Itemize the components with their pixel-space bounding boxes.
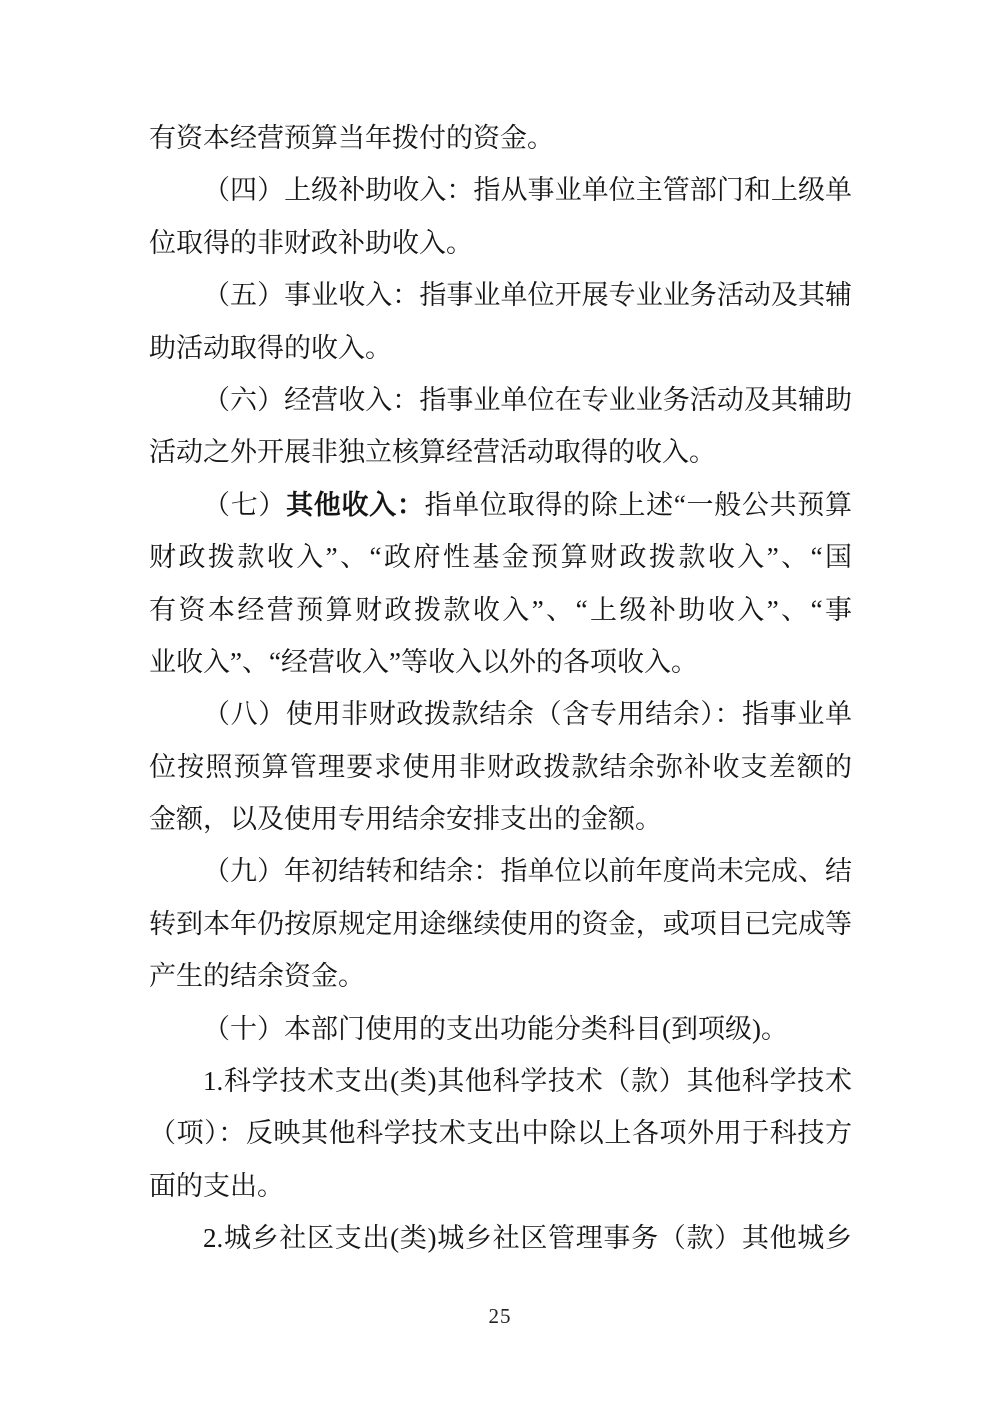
document-page: 有资本经营预算当年拨付的资金。（四）上级补助收入：指从事业单位主管部门和上级单位… [0,0,1000,1414]
text-line: （项）：反映其他科学技术支出中除以上各项外用于科技方 [149,1107,852,1159]
text-line: 有资本经营预算当年拨付的资金。 [149,112,852,164]
text-segment: 活动之外开展非独立核算经营活动取得的收入。 [149,437,716,467]
text-segment: 指单位取得的除上述“一般公共预算 [425,490,852,520]
text-segment: 其他收入： [286,490,424,520]
text-line: （五）事业收入：指事业单位开展专业业务活动及其辅 [149,269,852,321]
text-segment: 位取得的非财政补助收入。 [149,228,473,258]
text-line: 产生的结余资金。 [149,950,852,1002]
page-number: 25 [489,1304,512,1328]
text-line: 活动之外开展非独立核算经营活动取得的收入。 [149,426,852,478]
page-footer: 25 [0,1304,1000,1329]
text-line: （七）其他收入：指单位取得的除上述“一般公共预算 [149,479,852,531]
text-line: 面的支出。 [149,1160,852,1212]
text-segment: （八）使用非财政拨款结余（含专用结余）：指事业单 [203,699,852,729]
text-line: 1.科学技术支出(类)其他科学技术（款）其他科学技术 [149,1055,852,1107]
text-line: （四）上级补助收入：指从事业单位主管部门和上级单 [149,164,852,216]
text-segment: 金额，以及使用专用结余安排支出的金额。 [149,804,662,834]
text-segment: 1.科学技术支出(类)其他科学技术（款）其他科学技术 [203,1066,852,1096]
text-line: （九）年初结转和结余：指单位以前年度尚未完成、结 [149,845,852,897]
text-segment: （五）事业收入：指事业单位开展专业业务活动及其辅 [203,280,852,310]
text-segment: 财政拨款收入”、“政府性基金预算财政拨款收入”、“国 [149,542,852,572]
text-line: 助活动取得的收入。 [149,322,852,374]
text-line: 转到本年仍按原规定用途继续使用的资金，或项目已完成等 [149,898,852,950]
text-segment: （十）本部门使用的支出功能分类科目(到项级)。 [203,1014,788,1044]
text-line: 业收入”、“经营收入”等收入以外的各项收入。 [149,636,852,688]
text-segment: 2.城乡社区支出(类)城乡社区管理事务（款）其他城乡 [203,1223,852,1253]
text-segment: 业收入”、“经营收入”等收入以外的各项收入。 [149,647,698,677]
text-line: 2.城乡社区支出(类)城乡社区管理事务（款）其他城乡 [149,1212,852,1264]
text-segment: （七） [203,490,286,520]
text-line: 金额，以及使用专用结余安排支出的金额。 [149,793,852,845]
text-segment: 有资本经营预算财政拨款收入”、“上级补助收入”、“事 [149,595,852,625]
text-segment: 有资本经营预算当年拨付的资金。 [149,123,554,153]
text-line: （六）经营收入：指事业单位在专业业务活动及其辅助 [149,374,852,426]
text-line: 有资本经营预算财政拨款收入”、“上级补助收入”、“事 [149,584,852,636]
text-line: （八）使用非财政拨款结余（含专用结余）：指事业单 [149,688,852,740]
text-segment: 面的支出。 [149,1171,284,1201]
text-segment: 产生的结余资金。 [149,961,365,991]
text-segment: 位按照预算管理要求使用非财政拨款结余弥补收支差额的 [149,752,852,782]
text-line: （十）本部门使用的支出功能分类科目(到项级)。 [149,1003,852,1055]
text-line: 财政拨款收入”、“政府性基金预算财政拨款收入”、“国 [149,531,852,583]
text-segment: （六）经营收入：指事业单位在专业业务活动及其辅助 [203,385,852,415]
text-segment: 助活动取得的收入。 [149,333,392,363]
text-segment: 转到本年仍按原规定用途继续使用的资金，或项目已完成等 [149,909,852,939]
document-body: 有资本经营预算当年拨付的资金。（四）上级补助收入：指从事业单位主管部门和上级单位… [149,112,852,1265]
text-line: 位按照预算管理要求使用非财政拨款结余弥补收支差额的 [149,741,852,793]
text-segment: （九）年初结转和结余：指单位以前年度尚未完成、结 [203,856,852,886]
text-line: 位取得的非财政补助收入。 [149,217,852,269]
text-segment: （项）：反映其他科学技术支出中除以上各项外用于科技方 [149,1118,852,1148]
text-segment: （四）上级补助收入：指从事业单位主管部门和上级单 [203,175,852,205]
